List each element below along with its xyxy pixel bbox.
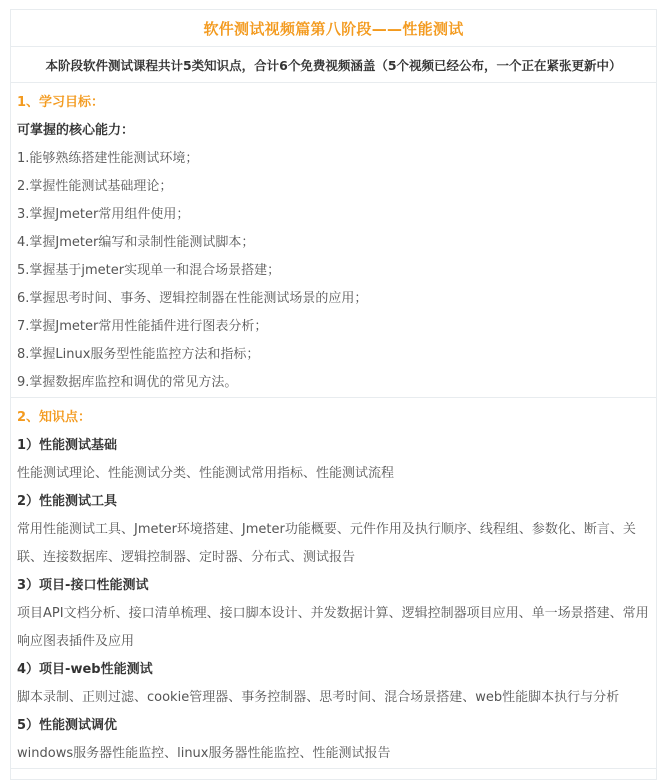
page-title: 软件测试视频篇第八阶段——性能测试	[203, 18, 463, 39]
topic-title: 2）性能测试工具	[17, 488, 650, 516]
goal-item: 9.掌握数据库监控和调优的常见方法。	[17, 369, 650, 397]
knowledge-points-heading: 2、知识点：	[17, 404, 650, 432]
course-info-table: 软件测试视频篇第八阶段——性能测试 本阶段软件测试课程共计5类知识点，合计6个免…	[10, 9, 657, 780]
goal-item: 6.掌握思考时间、事务、逻辑控制器在性能测试场景的应用；	[17, 285, 650, 313]
course-summary: 本阶段软件测试课程共计5类知识点，合计6个免费视频涵盖（5个视频已经公布，一个正…	[45, 56, 621, 74]
topic-content: 性能测试理论、性能测试分类、性能测试常用指标、性能测试流程	[17, 460, 650, 488]
goal-item: 7.掌握Jmeter常用性能插件进行图表分析；	[17, 313, 650, 341]
summary-row: 本阶段软件测试课程共计5类知识点，合计6个免费视频涵盖（5个视频已经公布，一个正…	[11, 47, 656, 83]
topic-content: 项目API文档分析、接口清单梳理、接口脚本设计、并发数据计算、逻辑控制器项目应用…	[17, 600, 650, 656]
topic-title: 4）项目-web性能测试	[17, 656, 650, 684]
learning-goals-section: 1、学习目标： 可掌握的核心能力： 1.能够熟练搭建性能测试环境； 2.掌握性能…	[11, 83, 656, 398]
topic-title: 1）性能测试基础	[17, 432, 650, 460]
goal-item: 3.掌握Jmeter常用组件使用；	[17, 201, 650, 229]
core-abilities-heading: 可掌握的核心能力：	[17, 117, 650, 145]
topic-title: 3）项目-接口性能测试	[17, 572, 650, 600]
topic-content: 脚本录制、正则过滤、cookie管理器、事务控制器、思考时间、混合场景搭建、we…	[17, 684, 650, 712]
title-row: 软件测试视频篇第八阶段——性能测试	[11, 10, 656, 47]
topic-content: 常用性能测试工具、Jmeter环境搭建、Jmeter功能概要、元件作用及执行顺序…	[17, 516, 650, 572]
empty-row	[11, 769, 656, 779]
topic-content: windows服务器性能监控、linux服务器性能监控、性能测试报告	[17, 740, 650, 768]
knowledge-points-section: 2、知识点： 1）性能测试基础 性能测试理论、性能测试分类、性能测试常用指标、性…	[11, 398, 656, 769]
goal-item: 2.掌握性能测试基础理论；	[17, 173, 650, 201]
learning-goals-heading: 1、学习目标：	[17, 89, 650, 117]
topic-title: 5）性能测试调优	[17, 712, 650, 740]
goal-item: 4.掌握Jmeter编写和录制性能测试脚本；	[17, 229, 650, 257]
goal-item: 1.能够熟练搭建性能测试环境；	[17, 145, 650, 173]
goal-item: 5.掌握基于jmeter实现单一和混合场景搭建；	[17, 257, 650, 285]
goal-item: 8.掌握Linux服务型性能监控方法和指标；	[17, 341, 650, 369]
